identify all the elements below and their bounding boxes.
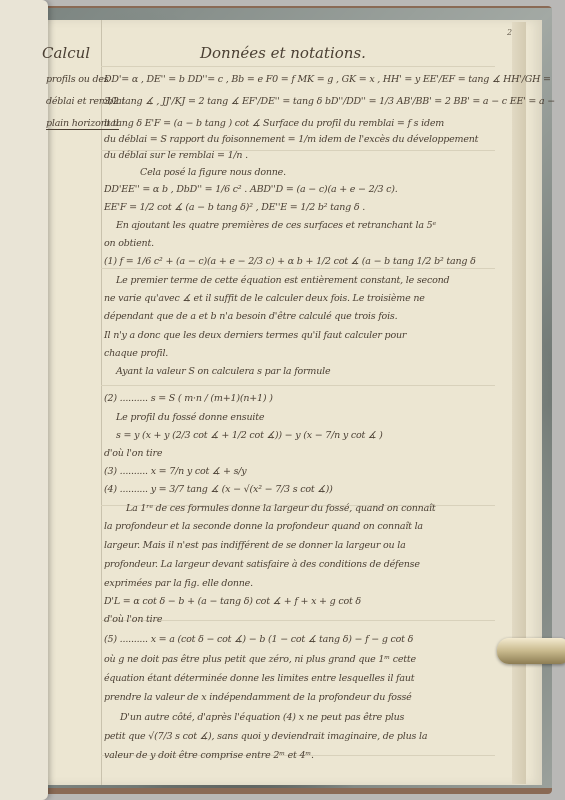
text-line: où g ne doit pas être plus petit que zér… [104, 654, 416, 665]
text-line: profondeur. La largeur devant satisfaire… [104, 559, 420, 570]
text-line: DD'= α , DE'' = b DD''= c , Bb = e F0 = … [104, 74, 551, 85]
equation-line: (5) .......... x = a (cot δ − cot ∡) − b… [104, 634, 413, 645]
text-line: du déblai = S rapport du foisonnement = … [104, 134, 478, 145]
ruled-line [101, 268, 495, 269]
text-line: Le profil du fossé donne ensuite [116, 412, 264, 423]
margin-rule [101, 20, 102, 785]
margin-note: profils ou des [46, 74, 108, 85]
page-clip-hand [497, 638, 565, 664]
facing-page [0, 0, 48, 800]
text-line: Cela posé la figure nous donne. [140, 167, 286, 178]
text-line: En ajoutant les quatre premières de ces … [116, 220, 436, 231]
equation-line: (2) .......... s = S ( m·n / (m+1)(n+1) … [104, 393, 273, 404]
text-line: d'où l'on tire [104, 614, 162, 625]
equation-line: (3) .......... x = 7/n y cot ∡ + s/y [104, 466, 246, 477]
text-line: exprimées par la fig. elle donne. [104, 578, 253, 589]
text-line: la profondeur et la seconde donne la pro… [104, 521, 423, 532]
text-line: D'un autre côté, d'après l'équation (4) … [120, 712, 404, 723]
text-line: Il n'y a donc que les deux derniers term… [104, 330, 406, 341]
text-line: petit que √(7/3 s cot ∡), sans quoi y de… [104, 731, 427, 742]
text-line: Le premier terme de cette équation est e… [116, 275, 449, 286]
text-line: prendre la valeur de x indépendamment de… [104, 692, 412, 703]
text-line: chaque profil. [104, 348, 168, 359]
text-line: dépendant que de a et b n'a besoin d'êtr… [104, 311, 397, 322]
text-line: d'où l'on tire [104, 448, 162, 459]
equation-line: DD'EE'' = α b , DbD'' = 1/6 c² . ABD''D … [104, 184, 398, 195]
text-line: on obtient. [104, 238, 154, 249]
ruled-line [101, 385, 495, 386]
text-line: ne varie qu'avec ∡ et il suffit de le ca… [104, 293, 425, 304]
text-line: b tang δ E'F = (a − b tang ) cot ∡ Surfa… [104, 118, 444, 129]
text-line: du déblai sur le remblai = 1/n . [104, 150, 248, 161]
page-title: Données et notations. [200, 44, 366, 62]
page-marker: 2 [507, 28, 512, 37]
margin-heading: Calcul [42, 44, 90, 62]
text-line: Ayant la valeur S on calculera s par la … [116, 366, 330, 377]
text-line: largeur. Mais il n'est pas indifférent d… [104, 540, 406, 551]
equation-line: EE'F = 1/2 cot ∡ (a − b tang δ)² , DE''E… [104, 202, 365, 213]
equation-line: s = y (x + y (2/3 cot ∡ + 1/2 cot ∡)) − … [116, 430, 383, 441]
text-line: équation étant déterminée donne les limi… [104, 673, 414, 684]
ruled-line [101, 66, 495, 67]
text-line: 3/2 tang ∡ , JJ'/KJ = 2 tang ∡ EF'/DE'' … [104, 96, 555, 107]
text-line: valeur de y doit être comprise entre 2ᵐ … [104, 750, 314, 761]
equation-line: (1) f = 1/6 c² + (a − c)(a + e − 2/3 c) … [104, 256, 476, 267]
page-edges [512, 22, 526, 784]
equation-line: (4) .......... y = 3/7 tang ∡ (x − √(x² … [104, 484, 333, 495]
text-line: La 1ʳᵉ de ces formules donne la largeur … [126, 503, 436, 514]
equation-line: D'L = α cot δ − b + (a − tang δ) cot ∡ +… [104, 596, 361, 607]
